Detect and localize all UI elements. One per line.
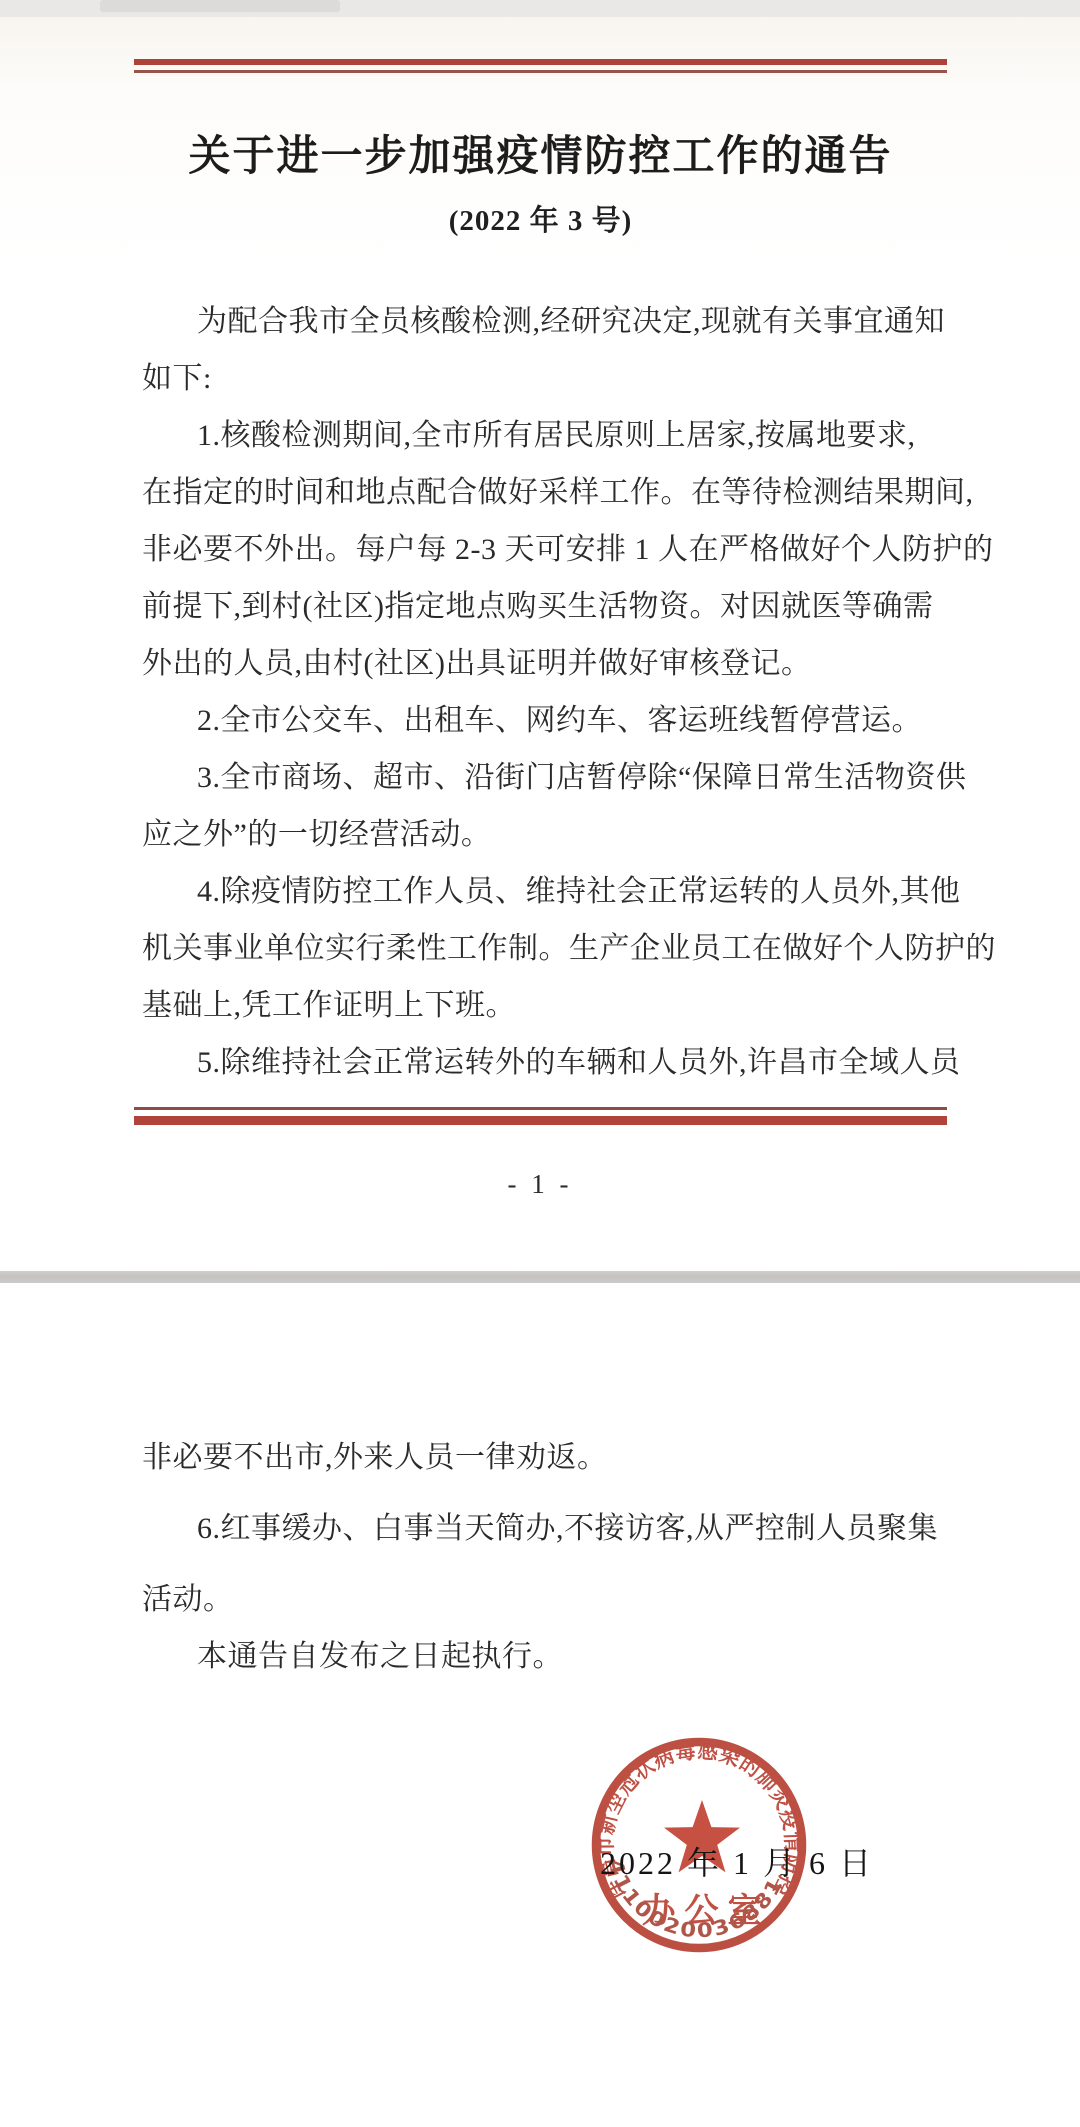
header-rule-thin <box>134 70 947 73</box>
body-line: 活动。 <box>142 1571 1002 1628</box>
body-line: 2.全市公交车、出租车、网约车、客运班线暂停营运。 <box>142 692 952 749</box>
notice-body-page-1: 为配合我市全员核酸检测,经研究决定,现就有关事宜通知 如下: 1.核酸检测期间,… <box>142 293 952 1091</box>
body-line: 为配合我市全员核酸检测,经研究决定,现就有关事宜通知 <box>142 293 952 350</box>
page-gap-band <box>0 1271 1080 1283</box>
header-rule-thick <box>134 59 947 65</box>
body-line: 如下: <box>142 350 952 407</box>
body-line: 6.红事缓办、白事当天简办,不接访客,从严控制人员聚集 <box>142 1500 1002 1557</box>
issue-date: 2022 年 1 月 6 日 <box>600 1838 874 1884</box>
document-photo: 关于进一步加强疫情防控工作的通告 (2022 年 3 号) 为配合我市全员核酸检… <box>0 0 1080 2127</box>
body-line: 外出的人员,由村(社区)出具证明并做好审核登记。 <box>142 635 952 692</box>
footer-rule-thin <box>134 1107 947 1110</box>
body-line: 机关事业单位实行柔性工作制。生产企业员工在做好个人防护的 <box>142 920 952 977</box>
notice-doc-number: (2022 年 3 号) <box>134 198 947 239</box>
notice-page-2 <box>0 1283 1080 2127</box>
notice-title: 关于进一步加强疫情防控工作的通告 <box>134 123 947 183</box>
notice-page-1: 关于进一步加强疫情防控工作的通告 (2022 年 3 号) 为配合我市全员核酸检… <box>0 17 1080 1271</box>
body-line: 非必要不出市,外来人员一律劝返。 <box>142 1429 1002 1486</box>
page-number: - 1 - <box>0 1169 1080 1200</box>
body-line: 非必要不外出。每户每 2-3 天可安排 1 人在严格做好个人防护的 <box>142 521 952 578</box>
photo-top-edge-shadow <box>100 0 340 12</box>
body-line: 4.除疫情防控工作人员、维持社会正常运转的人员外,其他 <box>142 863 952 920</box>
photo-top-edge-band <box>0 0 1080 17</box>
body-line: 3.全市商场、超市、沿街门店暂停除“保障日常生活物资供 <box>142 749 952 806</box>
body-line: 基础上,凭工作证明上下班。 <box>142 977 952 1034</box>
body-line: 前提下,到村(社区)指定地点购买生活物资。对因就医等确需 <box>142 578 952 635</box>
body-line: 本通告自发布之日起执行。 <box>142 1628 1002 1685</box>
body-line: 应之外”的一切经营活动。 <box>142 806 952 863</box>
body-line: 在指定的时间和地点配合做好采样工作。在等待检测结果期间, <box>142 464 952 521</box>
body-line: 5.除维持社会正常运转外的车辆和人员外,许昌市全域人员 <box>142 1034 952 1091</box>
footer-rule-thick <box>134 1116 947 1125</box>
body-line: 1.核酸检测期间,全市所有居民原则上居家,按属地要求, <box>142 407 952 464</box>
